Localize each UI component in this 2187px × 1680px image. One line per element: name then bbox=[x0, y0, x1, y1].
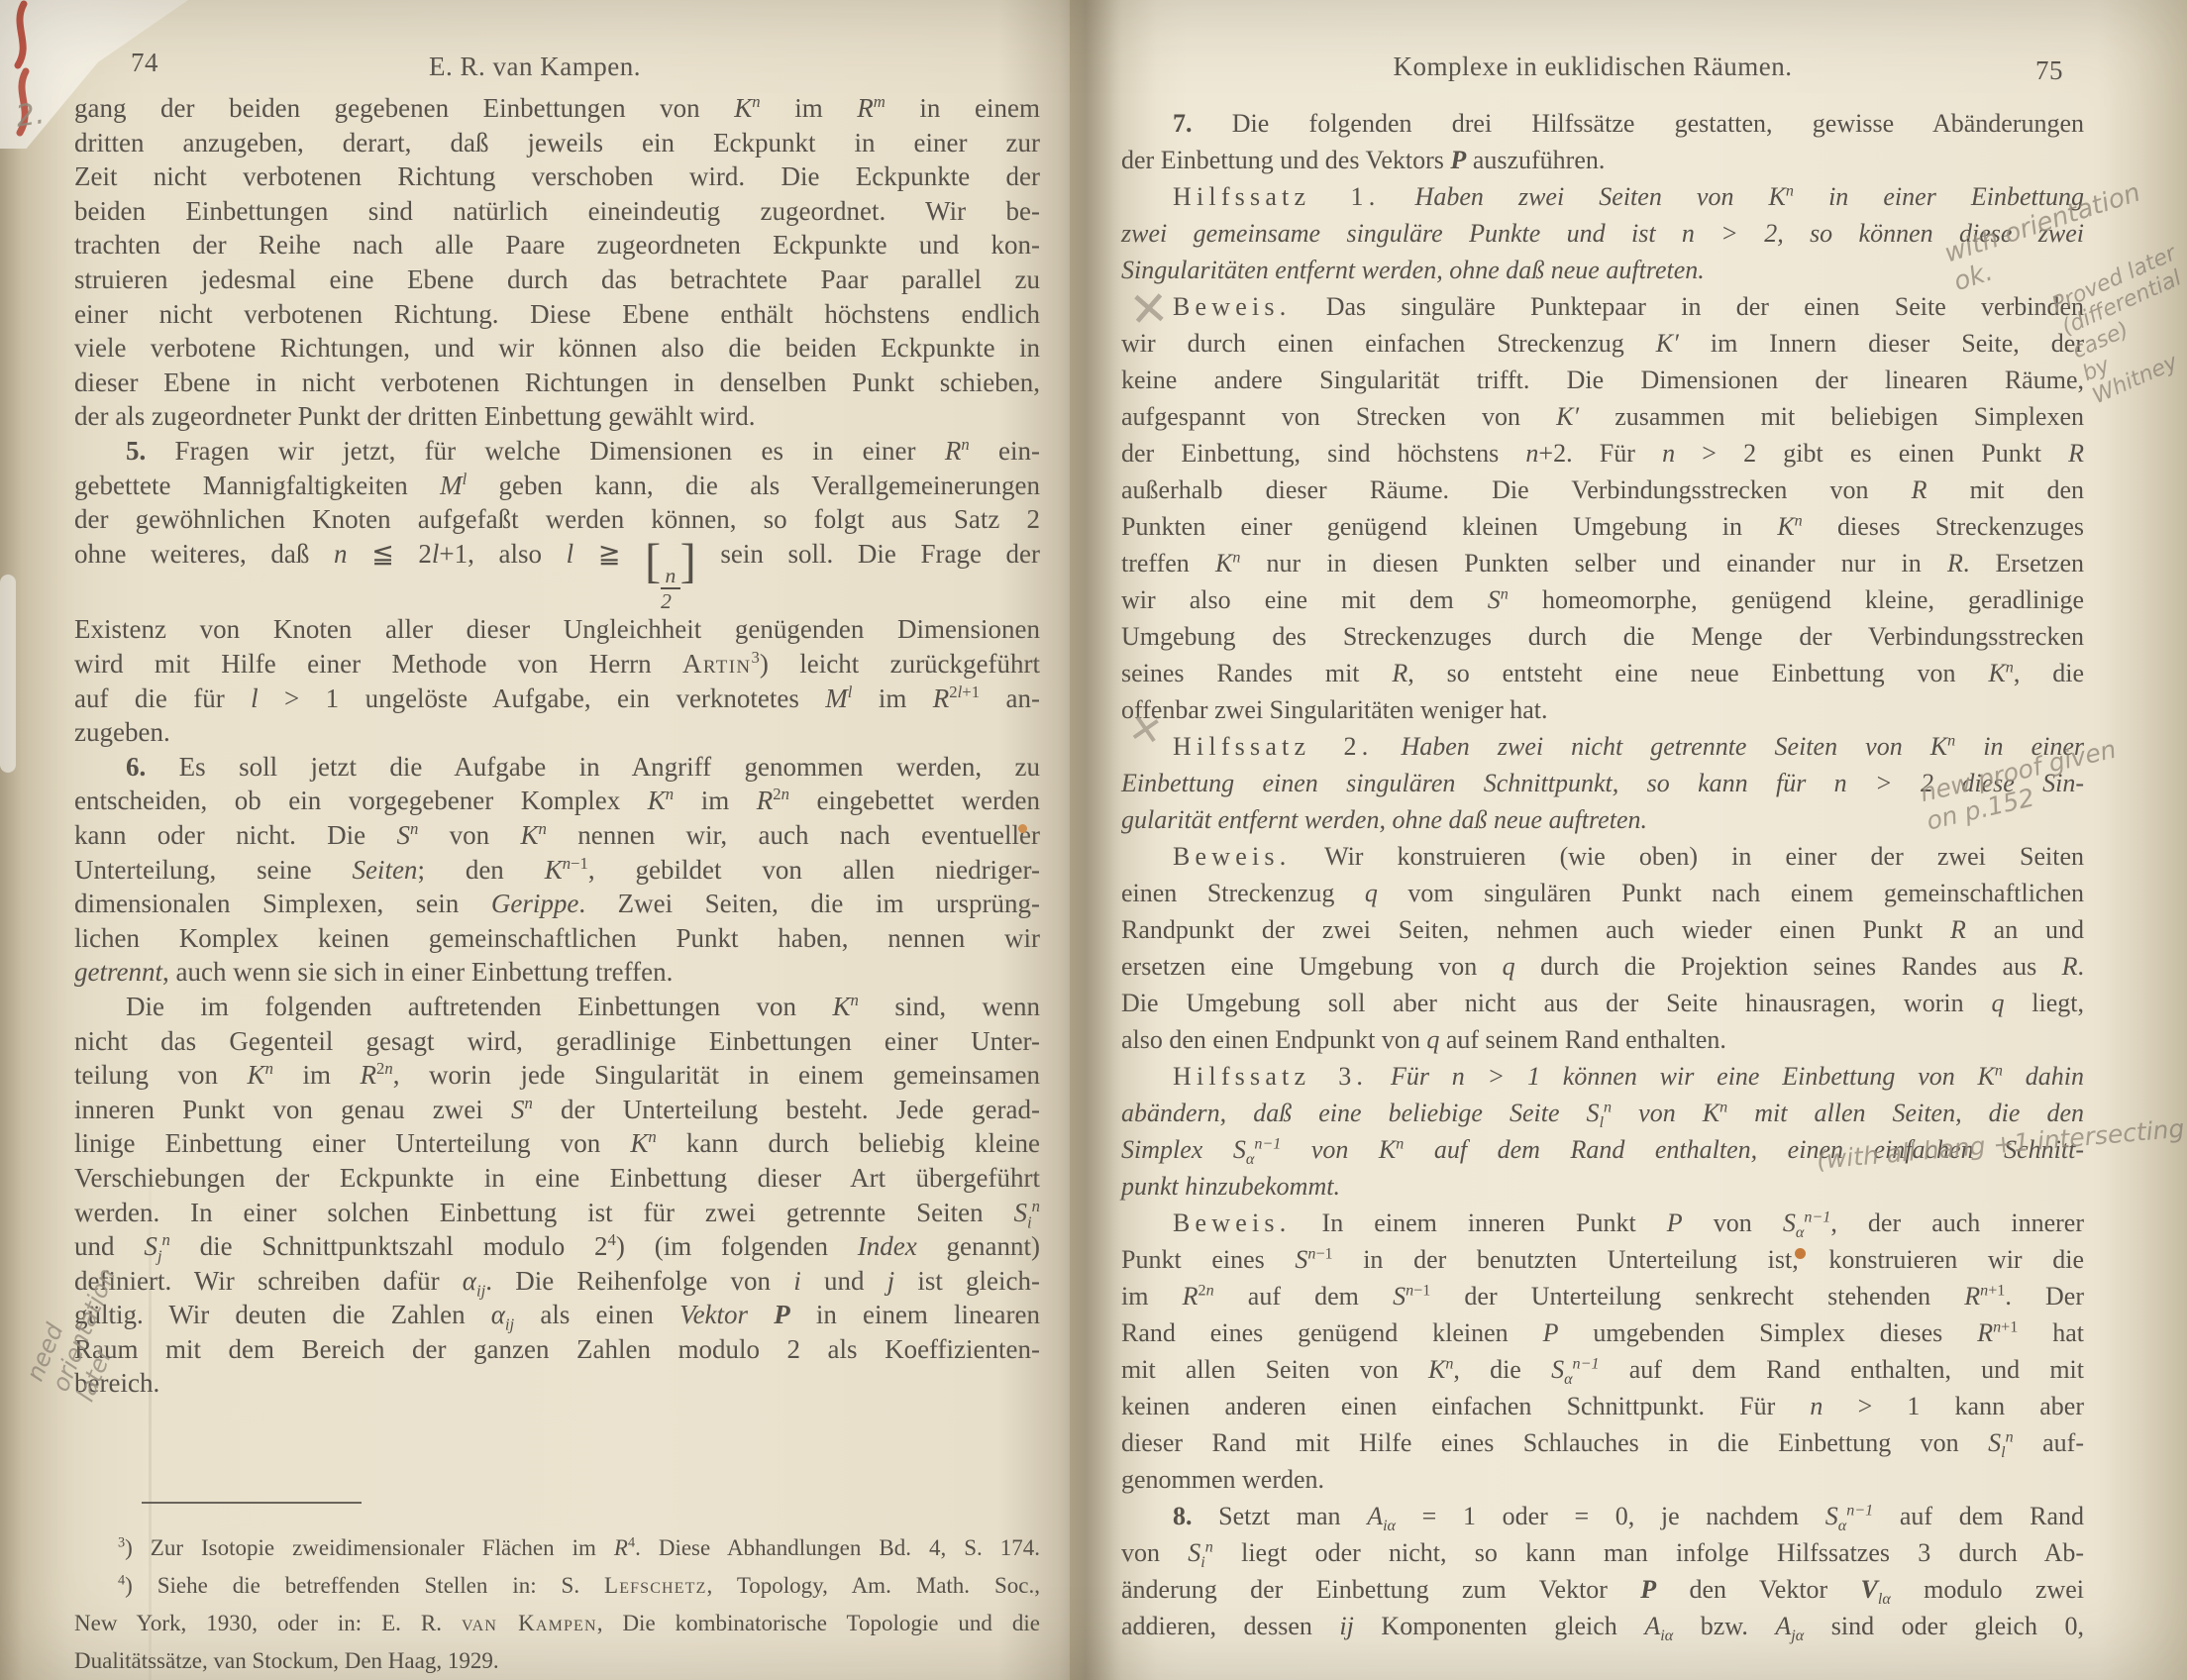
page-number-right: 75 bbox=[2035, 55, 2063, 86]
paragraph: Beweis. In einem inneren Punkt P von Sαn… bbox=[1121, 1205, 2084, 1498]
paragraph: 7. Die folgenden drei Hilfssätze gestatt… bbox=[1121, 105, 2084, 178]
paragraph: 8. Setzt man Aiα = 1 oder = 0, je nachde… bbox=[1121, 1498, 2084, 1644]
text-line: kann oder nicht. Die Sn von Kn nennen wi… bbox=[74, 818, 1040, 853]
text-line: keinen anderen einen einfachen Schnittpu… bbox=[1121, 1388, 2084, 1424]
text-line: 5. Fragen wir jetzt, für welche Dimensio… bbox=[74, 434, 1040, 469]
text-line: inneren Punkt von genau zwei Sn der Unte… bbox=[74, 1093, 1040, 1127]
paragraph: Hilfssatz 2. Haben zwei nicht getrennte … bbox=[1121, 728, 2084, 838]
text-line: Die Umgebung soll aber nicht aus der Sei… bbox=[1121, 985, 2084, 1021]
text-line: dieser Ebene in nicht verbotenen Richtun… bbox=[74, 366, 1040, 400]
red-crayon-marks bbox=[0, 0, 69, 149]
text-line: offenbar zwei Singularitäten weniger hat… bbox=[1121, 691, 2084, 728]
footnote-line: 4) Siehe die betreffenden Stellen in: S.… bbox=[74, 1567, 1040, 1605]
text-line: genommen werden. bbox=[1121, 1461, 2084, 1498]
text-line: mit allen Seiten von Kn, die Sαn−1 auf d… bbox=[1121, 1351, 2084, 1388]
text-line: keine andere Singularität trifft. Die Di… bbox=[1121, 362, 2084, 398]
footnote-rule bbox=[142, 1502, 362, 1504]
text-line: Singularitäten entfernt werden, ohne daß… bbox=[1121, 252, 2084, 288]
paragraph: Beweis. Wir konstruieren (wie oben) in e… bbox=[1121, 838, 2084, 1058]
paragraph: Hilfssatz 3. Für n > 1 können wir eine E… bbox=[1121, 1058, 2084, 1205]
paragraph: Die im folgenden auftretenden Einbettung… bbox=[74, 990, 1040, 1401]
paragraph: Hilfssatz 1. Haben zwei Seiten von Kn in… bbox=[1121, 178, 2084, 288]
text-line: ersetzen eine Umgebung von q durch die P… bbox=[1121, 948, 2084, 985]
text-line: Existenz von Knoten aller dieser Ungleic… bbox=[74, 612, 1040, 647]
text-line: definiert. Wir schreiben dafür αij. Die … bbox=[74, 1264, 1040, 1299]
text-line: einer nicht verbotenen Richtung. Diese E… bbox=[74, 297, 1040, 332]
scanned-book-spread: 74 E. R. van Kampen. gang der beiden geg… bbox=[0, 0, 2187, 1680]
text-line: trachten der Reihe nach alle Paare zugeo… bbox=[74, 228, 1040, 262]
text-line: der gewöhnlichen Knoten aufgefaßt werden… bbox=[74, 502, 1040, 537]
text-line: dritten anzugeben, derart, daß jeweils e… bbox=[74, 126, 1040, 160]
text-line: 8. Setzt man Aiα = 1 oder = 0, je nachde… bbox=[1121, 1498, 2084, 1534]
footnote-line: New York, 1930, oder in: E. R. van Kampe… bbox=[74, 1605, 1040, 1642]
page-left: 74 E. R. van Kampen. gang der beiden geg… bbox=[0, 0, 1070, 1680]
text-line: Umgebung des Streckenzuges durch die Men… bbox=[1121, 618, 2084, 655]
footnote-line: 3) Zur Isotopie zweidimensionaler Fläche… bbox=[74, 1529, 1040, 1567]
text-line: Randpunkt der zwei Seiten, nehmen auch w… bbox=[1121, 911, 2084, 948]
text-line: viele verbotene Richtungen, und wir könn… bbox=[74, 331, 1040, 366]
paragraph: 5. Fragen wir jetzt, für welche Dimensio… bbox=[74, 434, 1040, 750]
text-line: außerhalb dieser Räume. Die Verbindungss… bbox=[1121, 472, 2084, 508]
text-line: zwei gemeinsame singuläre Punkte und ist… bbox=[1121, 215, 2084, 252]
running-header-left: E. R. van Kampen. bbox=[0, 52, 1070, 82]
text-line: 7. Die folgenden drei Hilfssätze gestatt… bbox=[1121, 105, 2084, 142]
text-line: aufgespannt von Strecken von K′ zusammen… bbox=[1121, 398, 2084, 435]
text-line: im R2n auf dem Sn−1 der Unterteilung sen… bbox=[1121, 1278, 2084, 1314]
text-line: änderung der Einbettung zum Vektor P den… bbox=[1121, 1571, 2084, 1608]
text-line: punkt hinzubekommt. bbox=[1121, 1168, 2084, 1205]
footnote-line: Dualitätssätze, van Stockum, Den Haag, 1… bbox=[74, 1642, 1040, 1680]
text-line: addieren, dessen ij Komponenten gleich A… bbox=[1121, 1608, 2084, 1644]
text-column-right: 7. Die folgenden drei Hilfssätze gestatt… bbox=[1121, 105, 2084, 1644]
paper-edge-highlight bbox=[0, 575, 16, 773]
text-line: wir also eine mit dem Sn homeomorphe, ge… bbox=[1121, 581, 2084, 618]
text-line: Beweis. Das singuläre Punktepaar in der … bbox=[1121, 288, 2084, 325]
text-line: Hilfssatz 2. Haben zwei nicht getrennte … bbox=[1121, 728, 2084, 765]
text-line: wird mit Hilfe einer Methode von Herrn A… bbox=[74, 647, 1040, 682]
text-line: gularität entfernt werden, ohne daß neue… bbox=[1121, 801, 2084, 838]
text-line: treffen Kn nur in diesen Punkten selber … bbox=[1121, 545, 2084, 581]
text-line: seines Randes mit R, so entsteht eine ne… bbox=[1121, 655, 2084, 691]
text-line: zugeben. bbox=[74, 715, 1040, 750]
paragraph: 6. Es soll jetzt die Aufgabe in Angriff … bbox=[74, 750, 1040, 990]
running-header-right: Komplexe in euklidischen Räumen. bbox=[1070, 52, 2116, 82]
text-line: Die im folgenden auftretenden Einbettung… bbox=[74, 990, 1040, 1024]
paragraph: Beweis. Das singuläre Punktepaar in der … bbox=[1121, 288, 2084, 728]
text-line: dimensionalen Simplexen, sein Gerippe. Z… bbox=[74, 887, 1040, 921]
text-column-left: gang der beiden gegebenen Einbettungen v… bbox=[74, 91, 1040, 1680]
text-line: und Sjn die Schnittpunktszahl modulo 24)… bbox=[74, 1229, 1040, 1264]
text-line: bereich. bbox=[74, 1366, 1040, 1401]
text-line: gebettete Mannigfaltigkeiten Ml geben ka… bbox=[74, 469, 1040, 503]
text-line: der als zugeordneter Punkt der dritten E… bbox=[74, 399, 1040, 434]
text-line: Beweis. In einem inneren Punkt P von Sαn… bbox=[1121, 1205, 2084, 1241]
text-line: entscheiden, ob ein vorgegebener Komplex… bbox=[74, 784, 1040, 818]
text-line: nicht das Gegenteil gesagt wird, geradli… bbox=[74, 1024, 1040, 1059]
text-line: getrennt, auch wenn sie sich in einer Ei… bbox=[74, 955, 1040, 990]
text-line: struieren jedesmal eine Ebene durch das … bbox=[74, 262, 1040, 297]
paper-crease bbox=[149, 1139, 152, 1680]
text-line: Punkten einer genügend kleinen Umgebung … bbox=[1121, 508, 2084, 545]
text-line: Hilfssatz 3. Für n > 1 können wir eine E… bbox=[1121, 1058, 2084, 1095]
text-line: werden. In einer solchen Einbettung ist … bbox=[74, 1196, 1040, 1230]
text-line: Zeit nicht verbotenen Richtung verschobe… bbox=[74, 159, 1040, 194]
text-line: dieser Rand mit Hilfe eines Schlauches i… bbox=[1121, 1424, 2084, 1461]
text-line: Rand eines genügend kleinen P umgebenden… bbox=[1121, 1314, 2084, 1351]
text-line: einen Streckenzug q vom singulären Punkt… bbox=[1121, 875, 2084, 911]
text-line: Raum mit dem Bereich der ganzen Zahlen m… bbox=[74, 1332, 1040, 1367]
text-line: wir durch einen einfachen Streckenzug K′… bbox=[1121, 325, 2084, 362]
text-line: linige Einbettung einer Unterteilung von… bbox=[74, 1126, 1040, 1161]
text-line: gang der beiden gegebenen Einbettungen v… bbox=[74, 91, 1040, 126]
paragraph: gang der beiden gegebenen Einbettungen v… bbox=[74, 91, 1040, 434]
page-right: Komplexe in euklidischen Räumen. 75 7. D… bbox=[1070, 0, 2187, 1680]
text-line: Simplex Sαn−1 von Kn auf dem Rand enthal… bbox=[1121, 1131, 2084, 1168]
text-line: abändern, daß eine beliebige Seite Sln v… bbox=[1121, 1095, 2084, 1131]
text-line: der Einbettung, sind höchstens n+2. Für … bbox=[1121, 435, 2084, 472]
text-line: ohne weiteres, daß n ≦ 2l+1, also l ≧ [n… bbox=[74, 537, 1040, 613]
text-line: also den einen Endpunkt von q auf seinem… bbox=[1121, 1021, 2084, 1058]
text-line: Unterteilung, seine Seiten; den Kn−1, ge… bbox=[74, 853, 1040, 888]
text-line: teilung von Kn im R2n, worin jede Singul… bbox=[74, 1058, 1040, 1093]
text-line: Beweis. Wir konstruieren (wie oben) in e… bbox=[1121, 838, 2084, 875]
text-line: gültig. Wir deuten die Zahlen αij als ei… bbox=[74, 1298, 1040, 1332]
text-line: Verschiebungen der Eckpunkte in eine Ein… bbox=[74, 1161, 1040, 1196]
text-line: von Sin liegt oder nicht, so kann man in… bbox=[1121, 1534, 2084, 1571]
text-line: beiden Einbettungen sind natürlich einei… bbox=[74, 194, 1040, 229]
text-line: auf die für l > 1 ungelöste Aufgabe, ein… bbox=[74, 682, 1040, 716]
text-line: Einbettung einen singulären Schnittpunkt… bbox=[1121, 765, 2084, 801]
text-line: Hilfssatz 1. Haben zwei Seiten von Kn in… bbox=[1121, 178, 2084, 215]
text-line: lichen Komplex keinen gemeinschaftlichen… bbox=[74, 921, 1040, 956]
text-line: Punkt eines Sn−1 in der benutzten Untert… bbox=[1121, 1241, 2084, 1278]
text-line: der Einbettung und des Vektors P auszufü… bbox=[1121, 142, 2084, 178]
text-line: 6. Es soll jetzt die Aufgabe in Angriff … bbox=[74, 750, 1040, 785]
